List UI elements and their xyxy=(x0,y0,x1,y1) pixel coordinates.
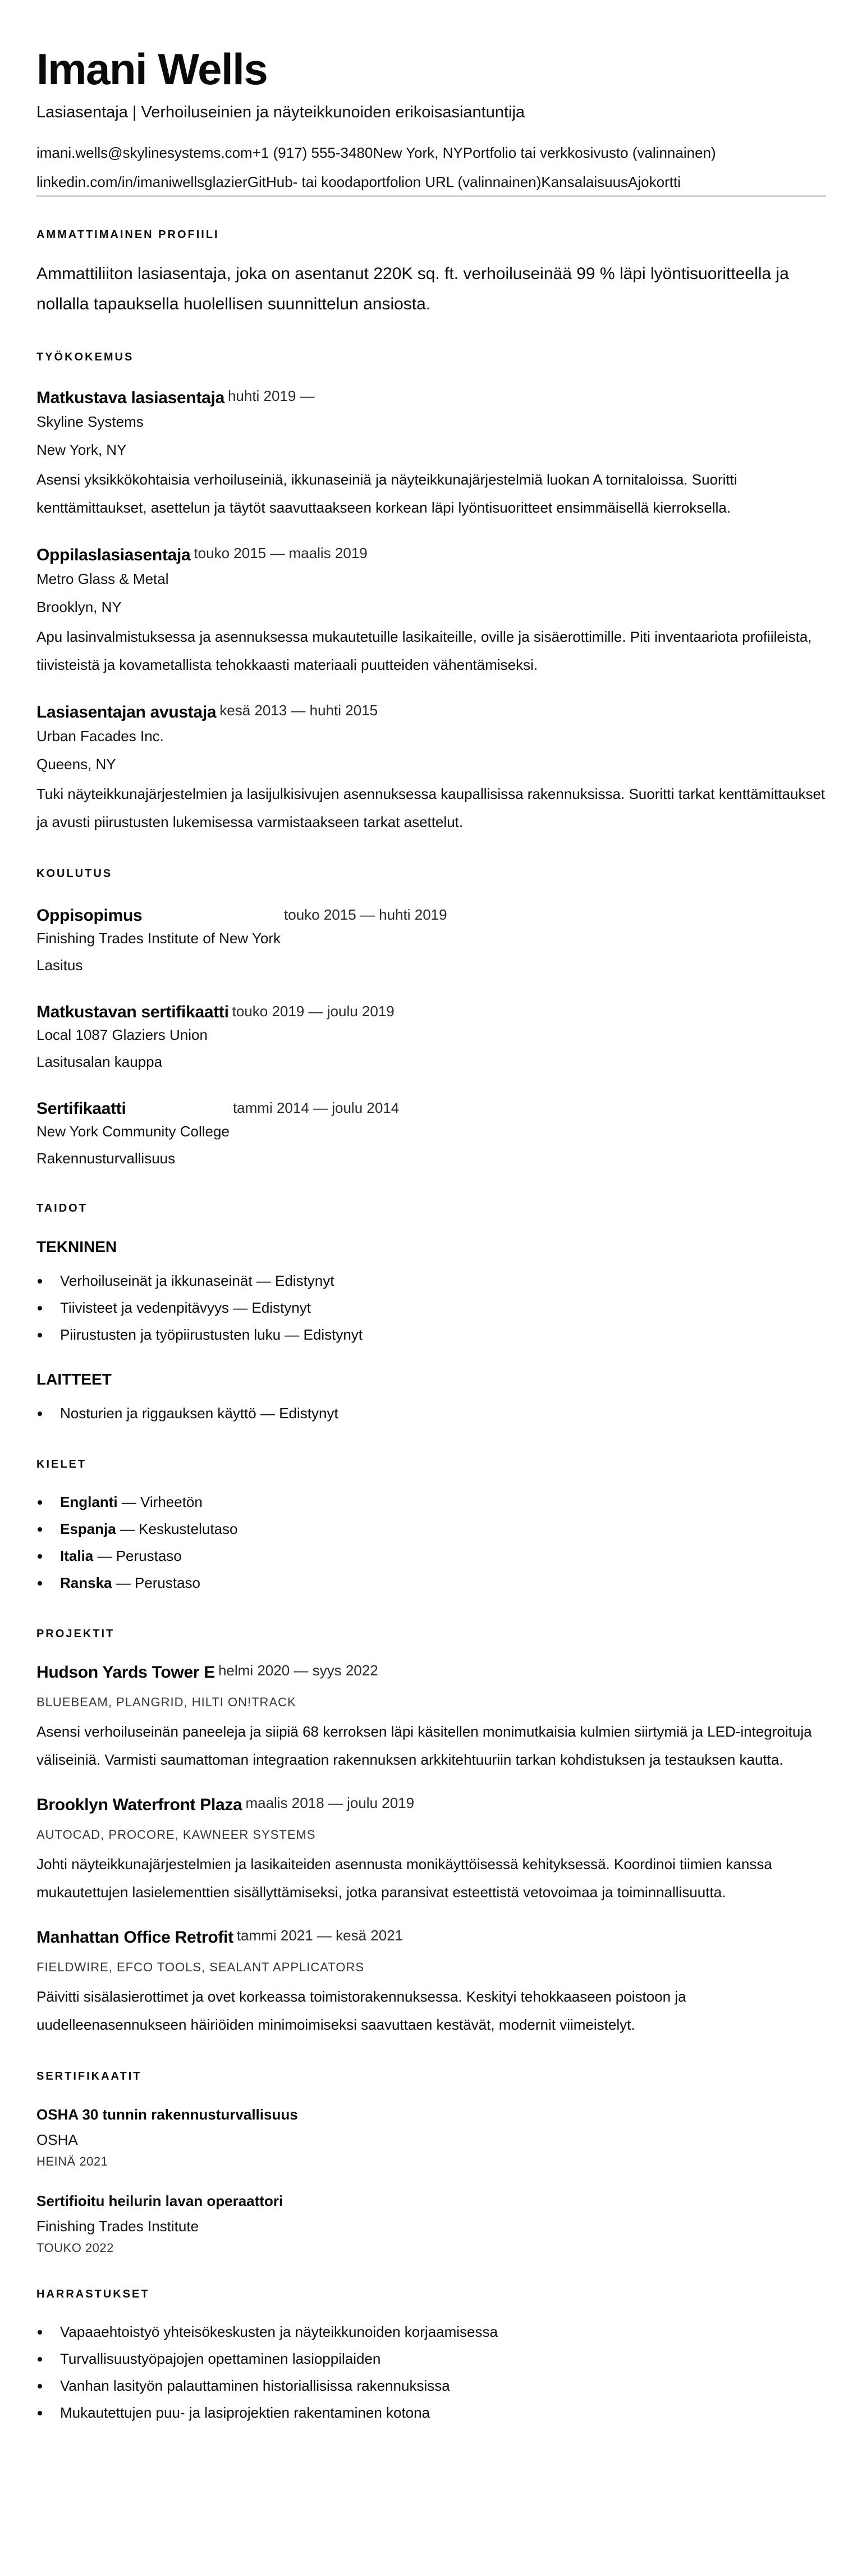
portfolio-link[interactable]: Portfolio tai verkkosivusto (valinnainen… xyxy=(463,144,716,161)
education-dates: touko 2019 — joulu 2019 xyxy=(232,1002,395,1020)
job-location: New York, NY xyxy=(36,437,826,462)
skills-section: Taidot TEKNINENVerhoiluseinät ja ikkunas… xyxy=(36,1201,826,1427)
job-title: Oppilaslasiasentaja xyxy=(36,544,190,567)
project-entry: Hudson Yards Tower Ehelmi 2020 — syys 20… xyxy=(36,1661,826,1774)
language-item: Espanja — Keskustelutaso xyxy=(36,1515,826,1542)
job-description: Tuki näyteikkunajärjestelmien ja lasijul… xyxy=(36,780,826,836)
education-title-block: OppisopimusFinishing Trades Institute of… xyxy=(36,905,281,949)
language-item: Englanti — Virheetön xyxy=(36,1488,826,1515)
certification-issuer: OSHA xyxy=(36,2127,826,2152)
language-level: — Perustaso xyxy=(93,1547,182,1564)
github-link[interactable]: GitHub- tai koodaportfolion URL (valinna… xyxy=(247,173,542,190)
hobby-item: Vanhan lasityön palauttaminen historiall… xyxy=(36,2372,826,2399)
language-level: — Perustaso xyxy=(112,1574,201,1591)
project-tools: Fieldwire, EFCO Tools, Sealant Applicato… xyxy=(36,1959,826,1976)
entry-header: Oppilaslasiasentajatouko 2015 — maalis 2… xyxy=(36,544,826,567)
skill-item: Verhoiluseinät ja ikkunaseinät — Edistyn… xyxy=(36,1267,826,1294)
education-entry: Matkustavan sertifikaattiLocal 1087 Glaz… xyxy=(36,1001,826,1074)
language-name: Italia xyxy=(60,1547,93,1564)
experience-entry: Lasiasentajan avustajakesä 2013 — huhti … xyxy=(36,701,826,836)
candidate-name: Imani Wells xyxy=(36,44,826,94)
language-level: — Keskustelutaso xyxy=(116,1520,238,1537)
hobbies-section: Harrastukset Vapaaehtoistyö yhteisökesku… xyxy=(36,2287,826,2426)
education-entry: OppisopimusFinishing Trades Institute of… xyxy=(36,905,826,978)
language-name: Ranska xyxy=(60,1574,112,1591)
language-list: Englanti — VirheetönEspanja — Keskustelu… xyxy=(36,1488,826,1596)
education-title-block: SertifikaattiNew York Community College xyxy=(36,1098,230,1143)
field-of-study: Lasitus xyxy=(36,953,826,978)
entry-header: Brooklyn Waterfront Plazamaalis 2018 — j… xyxy=(36,1794,826,1816)
certification-name: Sertifioitu heilurin lavan operaattori xyxy=(36,2190,826,2212)
experience-section: Työkokemus Matkustava lasiasentajahuhti … xyxy=(36,350,826,836)
job-dates: touko 2015 — maalis 2019 xyxy=(194,544,367,562)
job-description: Asensi yksikkökohtaisia verhoiluseiniä, … xyxy=(36,465,826,522)
certification-entry: Sertifioitu heilurin lavan operaattoriFi… xyxy=(36,2190,826,2257)
job-location: Brooklyn, NY xyxy=(36,595,826,619)
skill-item: Tiivisteet ja vedenpitävyys — Edistynyt xyxy=(36,1294,826,1321)
school-name: Local 1087 Glaziers Union xyxy=(36,1024,229,1046)
linkedin-link[interactable]: linkedin.com/in/imaniwellsglazier xyxy=(36,173,247,190)
project-description: Johti näyteikkunajärjestelmien ja lasika… xyxy=(36,1850,826,1906)
company-name: Urban Facades Inc. xyxy=(36,724,826,748)
project-description: Asensi verhoiluseinän paneeleja ja siipi… xyxy=(36,1718,826,1774)
section-title: Ammattimainen profiili xyxy=(36,227,826,242)
entry-header: Manhattan Office Retrofittammi 2021 — ke… xyxy=(36,1926,826,1949)
skill-group-title: TEKNINEN xyxy=(36,1237,826,1257)
degree-title: Oppisopimus xyxy=(36,905,281,927)
entry-header: OppisopimusFinishing Trades Institute of… xyxy=(36,905,826,949)
job-title: Lasiasentajan avustaja xyxy=(36,701,216,724)
degree-title: Matkustavan sertifikaatti xyxy=(36,1001,229,1024)
location: New York, NY xyxy=(373,144,462,161)
project-name: Brooklyn Waterfront Plaza xyxy=(36,1794,242,1816)
hobby-list: Vapaaehtoistyö yhteisökeskusten ja näyte… xyxy=(36,2318,826,2426)
job-location: Queens, NY xyxy=(36,752,826,777)
school-name: Finishing Trades Institute of New York xyxy=(36,927,281,949)
language-item: Italia — Perustaso xyxy=(36,1542,826,1569)
project-dates: maalis 2018 — joulu 2019 xyxy=(245,1794,414,1812)
entry-header: Matkustavan sertifikaattiLocal 1087 Glaz… xyxy=(36,1001,826,1046)
experience-entry: Matkustava lasiasentajahuhti 2019 —Skyli… xyxy=(36,387,826,522)
section-title: Projektit xyxy=(36,1627,826,1641)
job-title: Matkustava lasiasentaja xyxy=(36,387,224,409)
certification-date: Touko 2022 xyxy=(36,2240,826,2257)
project-tools: Bluebeam, PlanGrid, Hilti ON!Track xyxy=(36,1694,826,1711)
contact-info: imani.wells@skylinesystems.com+1 (917) 5… xyxy=(36,138,826,197)
certifications-section: Sertifikaatit OSHA 30 tunnin rakennustur… xyxy=(36,2069,826,2257)
section-title: Sertifikaatit xyxy=(36,2069,826,2084)
project-entry: Manhattan Office Retrofittammi 2021 — ke… xyxy=(36,1926,826,2039)
job-dates: huhti 2019 — xyxy=(228,387,315,405)
profile-summary: Ammattiliiton lasiasentaja, joka on asen… xyxy=(36,259,826,319)
language-item: Ranska — Perustaso xyxy=(36,1569,826,1596)
section-title: Harrastukset xyxy=(36,2287,826,2301)
entry-header: Lasiasentajan avustajakesä 2013 — huhti … xyxy=(36,701,826,724)
job-dates: kesä 2013 — huhti 2015 xyxy=(219,701,378,719)
language-level: — Virheetön xyxy=(118,1493,203,1510)
field-of-study: Lasitusalan kauppa xyxy=(36,1049,826,1074)
degree-title: Sertifikaatti xyxy=(36,1098,230,1120)
contact-line-2: linkedin.com/in/imaniwellsglazierGitHub-… xyxy=(36,167,826,197)
project-dates: tammi 2021 — kesä 2021 xyxy=(237,1926,403,1944)
education-dates: touko 2015 — huhti 2019 xyxy=(284,906,447,924)
entry-header: Matkustava lasiasentajahuhti 2019 — xyxy=(36,387,826,409)
email-link[interactable]: imani.wells@skylinesystems.com xyxy=(36,144,253,161)
entry-header: Hudson Yards Tower Ehelmi 2020 — syys 20… xyxy=(36,1661,826,1684)
hobby-item: Turvallisuustyöpajojen opettaminen lasio… xyxy=(36,2345,826,2372)
entry-header: SertifikaattiNew York Community Colleget… xyxy=(36,1098,826,1143)
skill-item: Piirustusten ja työpiirustusten luku — E… xyxy=(36,1321,826,1348)
education-dates: tammi 2014 — joulu 2014 xyxy=(233,1099,399,1117)
contact-line-1: imani.wells@skylinesystems.com+1 (917) 5… xyxy=(36,138,826,167)
certification-date: Heinä 2021 xyxy=(36,2153,826,2170)
resume-page: Imani Wells Lasiasentaja | Verhoiluseini… xyxy=(0,0,862,2460)
education-section: Koulutus OppisopimusFinishing Trades Ins… xyxy=(36,866,826,1171)
language-name: Englanti xyxy=(60,1493,118,1510)
skill-list: Nosturien ja riggauksen käyttö — Edistyn… xyxy=(36,1400,826,1427)
certification-entry: OSHA 30 tunnin rakennusturvallisuusOSHAH… xyxy=(36,2104,826,2170)
field-of-study: Rakennusturvallisuus xyxy=(36,1146,826,1171)
profile-section: Ammattimainen profiili Ammattiliiton las… xyxy=(36,227,826,319)
project-name: Hudson Yards Tower E xyxy=(36,1661,215,1684)
hobby-item: Vapaaehtoistyö yhteisökeskusten ja näyte… xyxy=(36,2318,826,2345)
section-title: Koulutus xyxy=(36,866,826,881)
certification-name: OSHA 30 tunnin rakennusturvallisuus xyxy=(36,2104,826,2125)
candidate-headline: Lasiasentaja | Verhoiluseinien ja näytei… xyxy=(36,101,826,124)
hobby-item: Mukautettujen puu- ja lasiprojektien rak… xyxy=(36,2399,826,2426)
project-description: Päivitti sisälasierottimet ja ovet korke… xyxy=(36,1983,826,2039)
school-name: New York Community College xyxy=(36,1120,230,1143)
project-dates: helmi 2020 — syys 2022 xyxy=(218,1661,378,1679)
project-entry: Brooklyn Waterfront Plazamaalis 2018 — j… xyxy=(36,1794,826,1906)
skill-item: Nosturien ja riggauksen käyttö — Edistyn… xyxy=(36,1400,826,1427)
citizenship: Kansalaisuus xyxy=(541,173,628,190)
section-title: Taidot xyxy=(36,1201,826,1216)
education-entry: SertifikaattiNew York Community Colleget… xyxy=(36,1098,826,1171)
drivers-license: Ajokortti xyxy=(628,173,681,190)
project-name: Manhattan Office Retrofit xyxy=(36,1926,233,1949)
section-title: Kielet xyxy=(36,1457,826,1472)
phone-number[interactable]: +1 (917) 555-3480 xyxy=(253,144,373,161)
section-title: Työkokemus xyxy=(36,350,826,364)
experience-entry: Oppilaslasiasentajatouko 2015 — maalis 2… xyxy=(36,544,826,679)
languages-section: Kielet Englanti — VirheetönEspanja — Kes… xyxy=(36,1457,826,1596)
education-title-block: Matkustavan sertifikaattiLocal 1087 Glaz… xyxy=(36,1001,229,1046)
language-name: Espanja xyxy=(60,1520,116,1537)
skill-group-title: LAITTEET xyxy=(36,1369,826,1390)
job-description: Apu lasinvalmistuksessa ja asennuksessa … xyxy=(36,623,826,679)
skill-list: Verhoiluseinät ja ikkunaseinät — Edistyn… xyxy=(36,1267,826,1348)
company-name: Metro Glass & Metal xyxy=(36,567,826,591)
projects-section: Projektit Hudson Yards Tower Ehelmi 2020… xyxy=(36,1627,826,2039)
project-tools: AutoCAD, Procore, Kawneer Systems xyxy=(36,1826,826,1843)
certification-issuer: Finishing Trades Institute xyxy=(36,2214,826,2239)
company-name: Skyline Systems xyxy=(36,409,826,434)
resume-header: Imani Wells Lasiasentaja | Verhoiluseini… xyxy=(36,44,826,197)
